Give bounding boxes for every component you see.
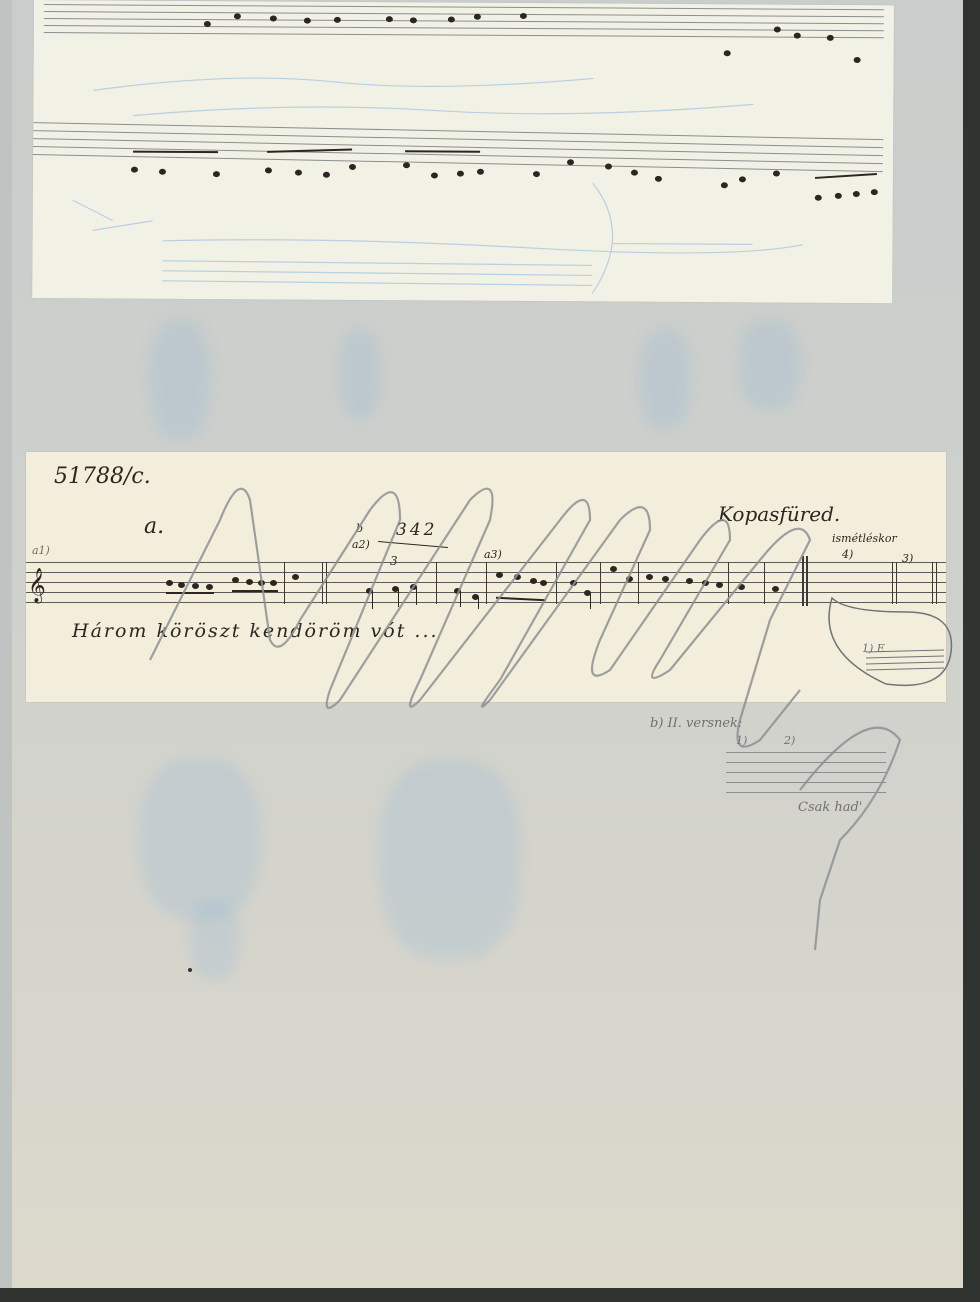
- marker-2: 2): [784, 734, 795, 747]
- variant-b-staff: [726, 752, 886, 792]
- marker-1: 1): [736, 734, 747, 747]
- mounting-board: 51788/c. a. a1) b a2) 342 3 a3) Kopasfür…: [0, 0, 963, 1288]
- pencil-crossout-scribble: [0, 0, 963, 1288]
- dust-speck: [188, 968, 192, 972]
- lyric-fragment: Csak had': [798, 800, 862, 815]
- variant-b-heading: b) II. versnek:: [650, 716, 742, 731]
